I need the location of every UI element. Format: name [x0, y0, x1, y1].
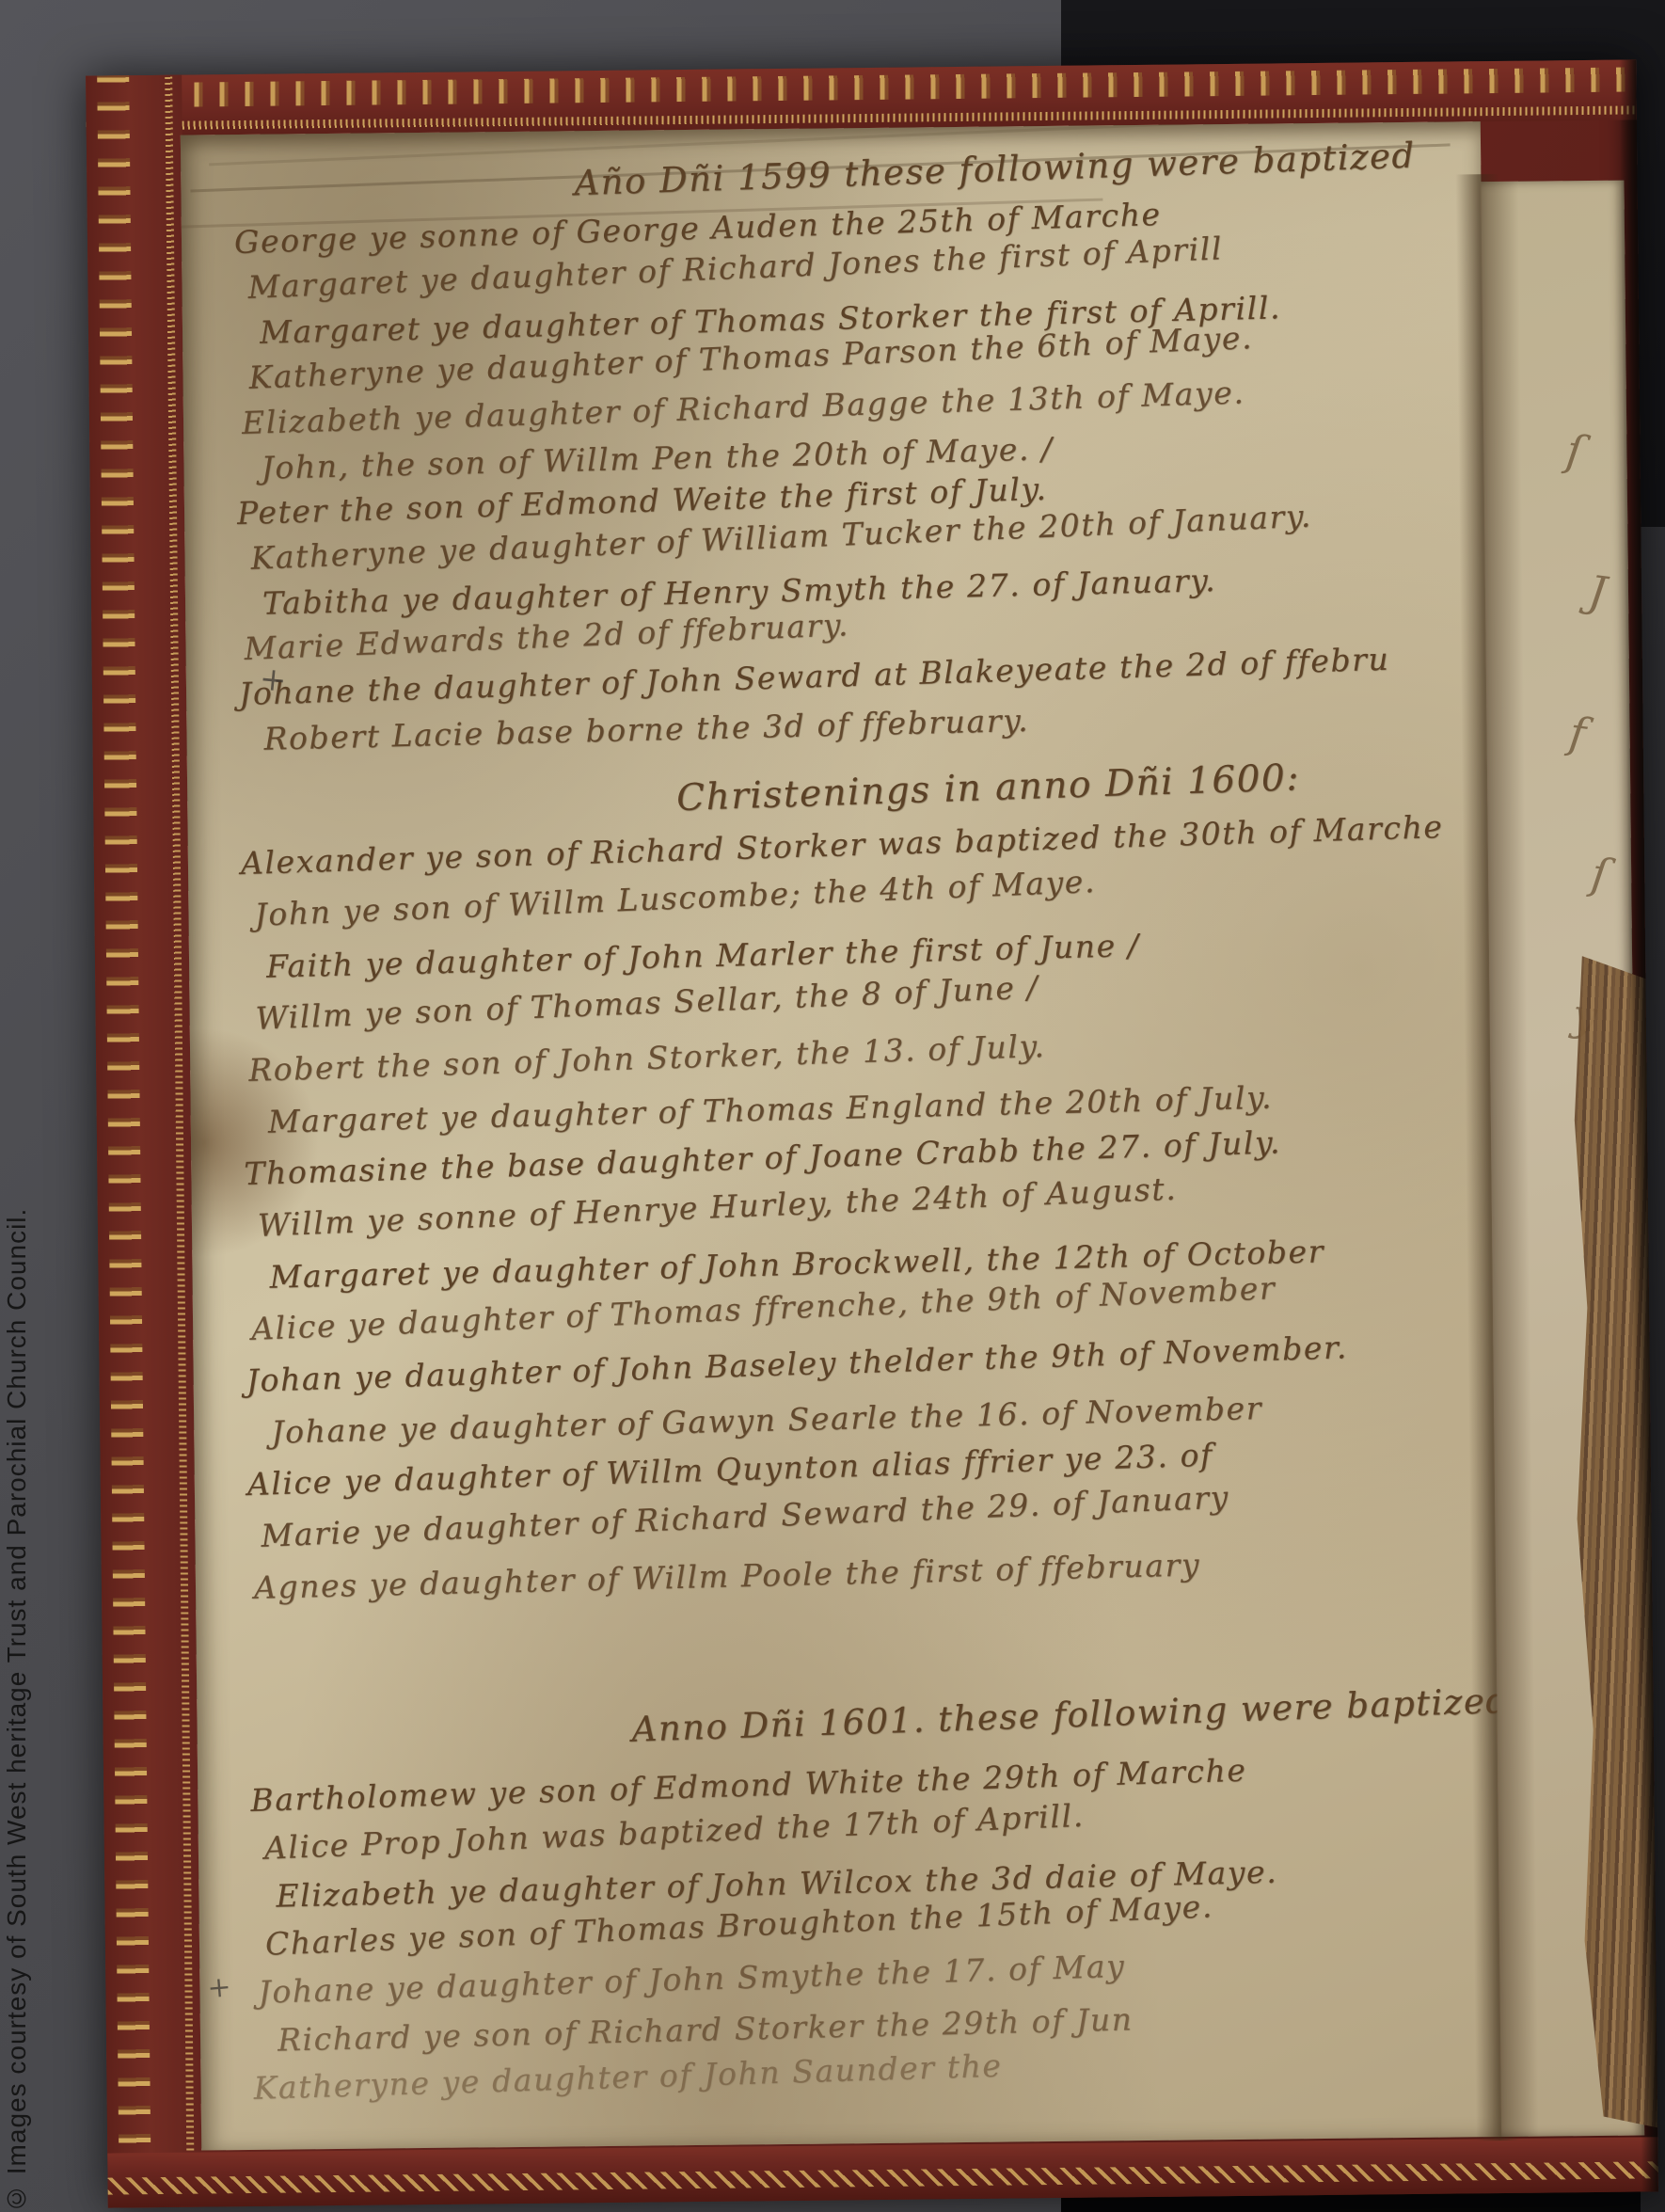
copyright-notice: © Images courtesy of South West heritage…: [2, 726, 41, 2212]
register-entries-1601: Bartholomew ye son of Edmond White the 2…: [198, 1763, 1501, 2112]
register-book: ſJfſy Año Dñi 1599 these following were …: [86, 59, 1658, 2207]
bleed-through-stroke: f: [1566, 707, 1589, 759]
bleed-through-ink: ſJfſy: [1481, 181, 1624, 183]
handwritten-register: Año Dñi 1599 these following were baptiz…: [181, 121, 1501, 2150]
marginal-cross-mark: +: [258, 660, 288, 700]
register-entries-1599: George ye sonne of George Auden the 25th…: [182, 207, 1487, 762]
bleed-through-stroke: ſ: [1563, 424, 1586, 477]
register-heading-1601: Anno Dñi 1601. these following were bapt…: [631, 1680, 1498, 1749]
bleed-through-stroke: J: [1586, 565, 1609, 618]
register-section-1600: Christenings in anno Dñi 1600: Alexander…: [187, 769, 1496, 1614]
register-section-1599: Año Dñi 1599 these following were baptiz…: [181, 153, 1487, 762]
bleed-through-stroke: ſ: [1589, 848, 1611, 900]
register-entries-1600: Alexander ye son of Richard Storker was …: [188, 824, 1497, 1614]
register-section-1601: Anno Dñi 1601. these following were bapt…: [197, 1700, 1500, 2112]
marginal-cross-mark: +: [206, 1970, 232, 2005]
